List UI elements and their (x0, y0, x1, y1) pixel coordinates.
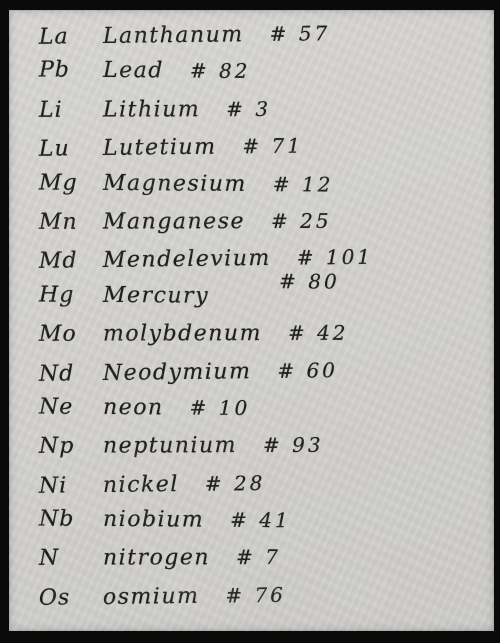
element-list: La Lanthanum # 57 Pb Lead # 82 Li Lithiu… (39, 22, 486, 623)
element-name: molybdenum (103, 321, 262, 347)
element-row: Ne neon # 10 (39, 394, 486, 435)
element-name: Manganese (103, 209, 245, 234)
paper-sheet: La Lanthanum # 57 Pb Lead # 82 Li Lithiu… (9, 10, 494, 631)
element-name: niobium (103, 507, 204, 533)
element-symbol: Ni (39, 473, 103, 499)
element-symbol: Mn (39, 210, 103, 235)
element-name: Lutetium (103, 135, 217, 161)
element-row: N nitrogen # 7 (39, 545, 486, 584)
element-name: Lithium (103, 97, 200, 122)
element-row: Mn Manganese # 25 (39, 208, 486, 247)
element-symbol: Nd (39, 360, 103, 386)
element-name: Lead (103, 58, 164, 83)
atomic-number: # 76 (225, 583, 286, 608)
element-name: nitrogen (103, 546, 210, 571)
element-symbol: Mo (39, 322, 103, 347)
atomic-number: # 71 (242, 134, 303, 159)
atomic-number: # 41 (230, 508, 291, 532)
element-name: Lanthanum (103, 22, 244, 49)
atomic-number: # 12 (273, 172, 334, 196)
atomic-number: # 25 (271, 209, 332, 233)
element-symbol: Os (39, 585, 103, 611)
atomic-number: # 82 (190, 59, 251, 83)
atomic-number: # 57 (270, 21, 331, 46)
element-row: Hg Mercury # 80 (39, 282, 486, 323)
atomic-number: # 101 (297, 245, 374, 270)
element-name: Mercury (103, 283, 209, 309)
element-row: Np neptunium # 93 (39, 433, 486, 472)
element-name: osmium (103, 584, 200, 610)
element-row: Pb Lead # 82 (39, 58, 486, 99)
element-symbol: Lu (39, 136, 103, 162)
element-row: Mo molybdenum # 42 (39, 320, 486, 359)
element-symbol: Mg (39, 170, 103, 195)
element-symbol: Np (39, 434, 103, 459)
element-row: Nb niobium # 41 (39, 507, 486, 548)
atomic-number: # 42 (288, 321, 349, 345)
atomic-number: # 80 (279, 269, 340, 293)
element-name: Mendelevium (103, 246, 271, 273)
photo-frame: La Lanthanum # 57 Pb Lead # 82 Li Lithiu… (0, 0, 500, 643)
atomic-number: # 60 (277, 358, 338, 383)
element-row: Md Mendelevium # 101 (39, 244, 486, 287)
atomic-number: # 93 (263, 433, 324, 457)
element-symbol: Hg (39, 282, 103, 307)
element-name: Magnesium (103, 170, 247, 196)
element-symbol: Md (39, 248, 103, 274)
element-name: Neodymium (103, 359, 252, 386)
atomic-number: # 3 (226, 97, 271, 121)
element-symbol: Ne (39, 394, 103, 419)
element-name: nickel (103, 472, 179, 498)
atomic-number: # 7 (236, 545, 281, 569)
element-symbol: La (39, 24, 103, 50)
element-row: Os osmium # 76 (39, 580, 486, 623)
element-row: Lu Lutetium # 71 (39, 131, 486, 174)
element-symbol: Li (39, 97, 103, 122)
element-row: Ni nickel # 28 (39, 468, 486, 511)
element-symbol: Pb (39, 58, 103, 83)
element-row: Li Lithium # 3 (39, 96, 486, 135)
element-name: neptunium (103, 433, 237, 458)
atomic-number: # 28 (205, 471, 266, 496)
element-name: neon (103, 395, 164, 420)
element-row: Nd Neodymium # 60 (39, 356, 486, 399)
element-row: La Lanthanum # 57 (39, 19, 486, 62)
element-symbol: N (39, 546, 103, 571)
element-symbol: Nb (39, 507, 103, 532)
atomic-number: # 10 (190, 395, 251, 419)
element-row: Mg Magnesium # 12 (39, 170, 486, 211)
